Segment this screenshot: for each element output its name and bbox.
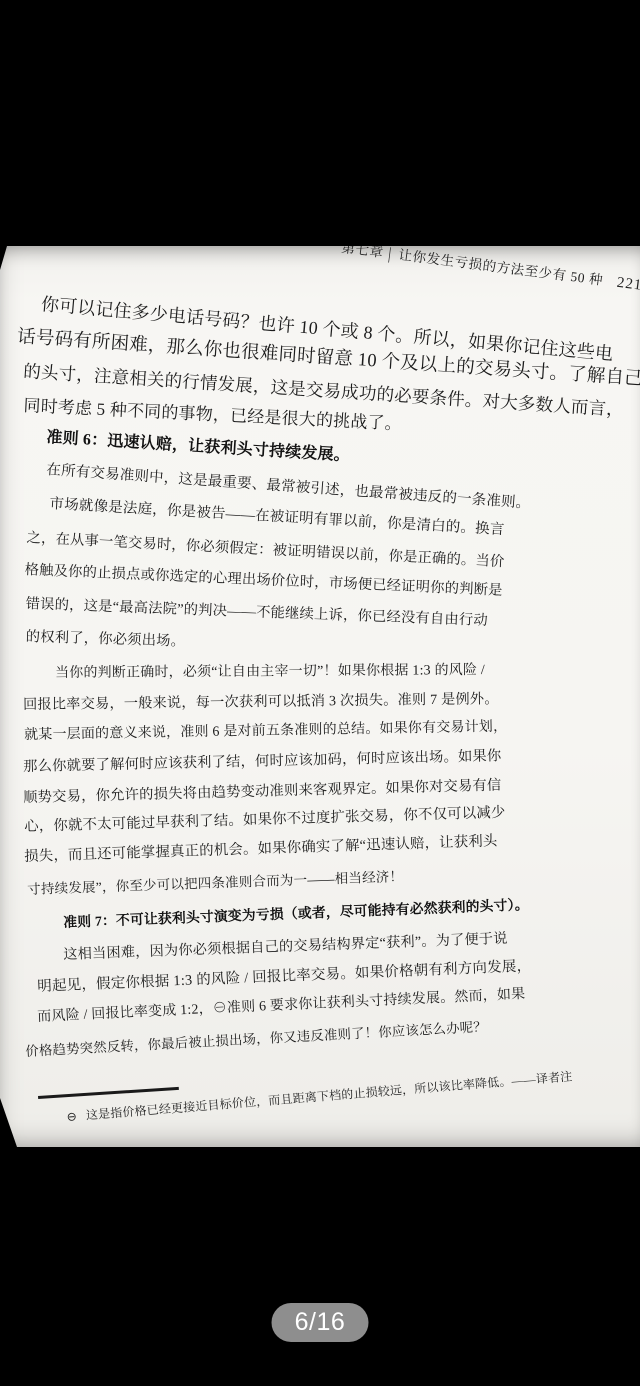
- page-number: 221: [616, 275, 640, 294]
- footnote-divider: [38, 1087, 179, 1099]
- chapter-title: 让你发生亏损的方法至少有 50 种: [398, 247, 604, 288]
- text-line: 的权利了，你必须出场。: [25, 629, 185, 651]
- header-separator: |: [387, 244, 393, 264]
- text-line: 当你的判断正确时，必须“让自由主宰一切”！如果你根据 1:3 的风险 /: [55, 663, 485, 683]
- rule-heading-line: 准则 6：迅速认赔，让获利头寸持续发展。: [46, 428, 351, 466]
- text-line: 就某一层面的意义来说，准则 6 是对前五条准则的总结。如果你有交易计划，: [24, 720, 507, 745]
- top-letterbox: [0, 0, 640, 246]
- text-line: 寸持续发展”，你至少可以把四条准则合而为一——相当经济！: [27, 869, 403, 898]
- text-line: 那么你就要了解何时应该获利了结，何时应该加码，何时应该出场。如果你: [23, 748, 502, 776]
- footnote: ⊖这是指价格已经更接近目标价位，而且距离下档的止损较远，所以该比率降低。——译者…: [66, 1067, 573, 1125]
- reader-screen: 第七章|让你发生亏损的方法至少有 50 种221 你可以记住多少电话号码？也许 …: [0, 0, 640, 1386]
- text-line: 价格趋势突然反转，你最后被止损出场，你又违反准则了！你应该怎么办呢？: [25, 1019, 487, 1060]
- photo-corner-shadow-top: [0, 246, 7, 270]
- photo-corner-shadow-bottom: [0, 1098, 17, 1147]
- text-line: 这相当困难，因为你必须根据自己的交易结构界定“获利”。为了便于说: [63, 931, 508, 964]
- text-line: 顺势交易，你允许的损失将由趋势变动准则来客观界定。如果你对交易有信: [23, 777, 502, 807]
- text-line: 错误的，这是“最高法院”的判决——不能继续上诉，你已经没有自由行动: [25, 596, 488, 630]
- text-line: 损失，而且还可能掌握真正的机会。如果你确实了解“迅速认赔，让获利头: [24, 833, 498, 866]
- footnote-marker-icon: ⊖: [66, 1109, 77, 1124]
- text-line: 回报比率交易，一般来说，每一次获利可以抵消 3 次损失。准则 7 是例外。: [23, 691, 499, 714]
- bottom-letterbox: 6/16: [0, 1147, 640, 1386]
- rule-heading-line: 准则 7：不可让获利头寸演变为亏损（或者，尽可能持有必然获利的头寸）。: [63, 897, 529, 931]
- page-indicator-text: 6/16: [295, 1308, 346, 1337]
- footnote-text: 这是指价格已经更接近目标价位，而且距离下档的止损较远，所以该比率降低。——译者注: [85, 1069, 573, 1122]
- page-indicator-badge: 6/16: [272, 1303, 369, 1342]
- text-line: 心，你就不太可能过早获利了结。如果你不过度扩张交易，你不仅可以减少: [24, 805, 506, 837]
